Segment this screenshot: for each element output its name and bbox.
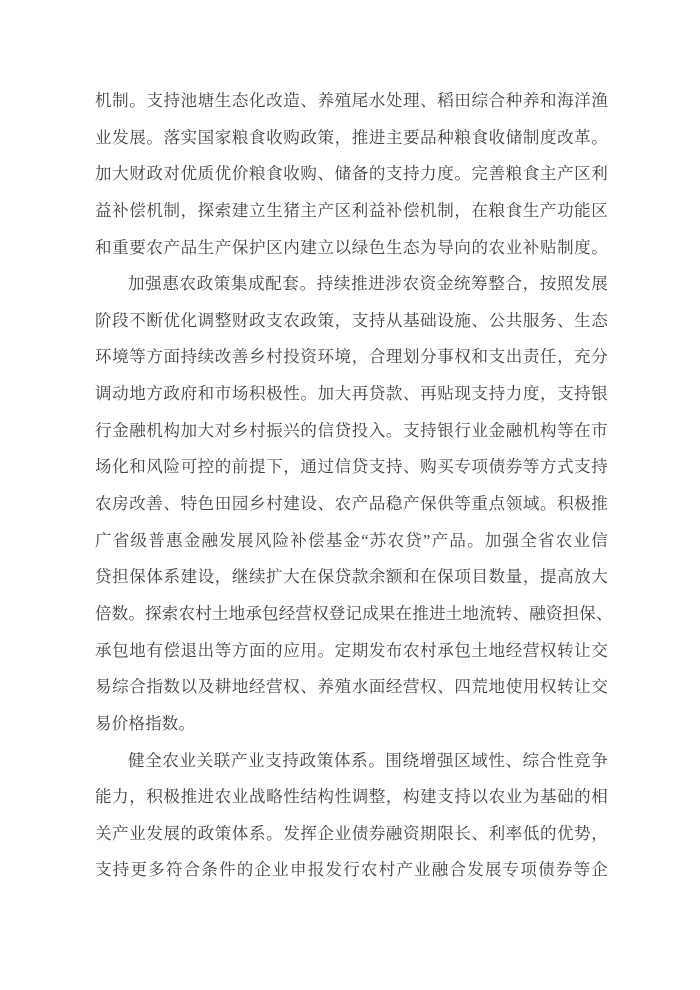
text-line: 能力，积极推进农业战略性结构性调整，构建支持以农业为基础的相 (95, 779, 608, 816)
text-line: 加强惠农政策集成配套。持续推进涉农资金统筹整合，按照发展 (95, 266, 608, 303)
text-line: 支持更多符合条件的企业申报发行农村产业融合发展专项债券等企 (95, 852, 608, 889)
text-line: 行金融机构加大对乡村振兴的信贷投入。支持银行业金融机构等在市 (95, 413, 608, 450)
document-text-block: 机制。支持池塘生态化改造、养殖尾水处理、稻田综合种养和海洋渔业发展。落实国家粮食… (95, 83, 608, 889)
text-line: 倍数。探索农村土地承包经营权登记成果在推进土地流转、融资担保、 (95, 596, 608, 633)
text-line: 环境等方面持续改善乡村投资环境，合理划分事权和支出责任，充分 (95, 339, 608, 376)
text-line: 调动地方政府和市场积极性。加大再贷款、再贴现支持力度，支持银 (95, 376, 608, 413)
paragraph-2: 加强惠农政策集成配套。持续推进涉农资金统筹整合，按照发展阶段不断优化调整财政支农… (95, 266, 608, 742)
text-line: 易综合指数以及耕地经营权、养殖水面经营权、四荒地使用权转让交 (95, 669, 608, 706)
paragraph-3: 健全农业关联产业支持政策体系。围绕增强区域性、综合性竞争能力，积极推进农业战略性… (95, 743, 608, 890)
text-line: 和重要农产品生产保护区内建立以绿色生态为导向的农业补贴制度。 (95, 230, 608, 267)
text-line: 关产业发展的政策体系。发挥企业债券融资期限长、利率低的优势， (95, 816, 608, 853)
text-line: 易价格指数。 (95, 706, 608, 743)
text-line: 场化和风险可控的前提下，通过信贷支持、购买专项债券等方式支持 (95, 449, 608, 486)
text-line: 贷担保体系建设，继续扩大在保贷款余额和在保项目数量，提高放大 (95, 559, 608, 596)
text-line: 业发展。落实国家粮食收购政策，推进主要品种粮食收储制度改革。 (95, 120, 608, 157)
text-line: 健全农业关联产业支持政策体系。围绕增强区域性、综合性竞争 (95, 743, 608, 780)
text-line: 阶段不断优化调整财政支农政策，支持从基础设施、公共服务、生态 (95, 303, 608, 340)
text-line: 益补偿机制，探索建立生猪主产区利益补偿机制，在粮食生产功能区 (95, 193, 608, 230)
text-line: 承包地有偿退出等方面的应用。定期发布农村承包土地经营权转让交 (95, 633, 608, 670)
text-line: 机制。支持池塘生态化改造、养殖尾水处理、稻田综合种养和海洋渔 (95, 83, 608, 120)
text-line: 农房改善、特色田园乡村建设、农产品稳产保供等重点领域。积极推 (95, 486, 608, 523)
paragraph-1: 机制。支持池塘生态化改造、养殖尾水处理、稻田综合种养和海洋渔业发展。落实国家粮食… (95, 83, 608, 266)
document-page: 机制。支持池塘生态化改造、养殖尾水处理、稻田综合种养和海洋渔业发展。落实国家粮食… (0, 0, 700, 990)
text-line: 加大财政对优质优价粮食收购、储备的支持力度。完善粮食主产区利 (95, 156, 608, 193)
text-line: 广省级普惠金融发展风险补偿基金“苏农贷”产品。加强全省农业信 (95, 523, 608, 560)
